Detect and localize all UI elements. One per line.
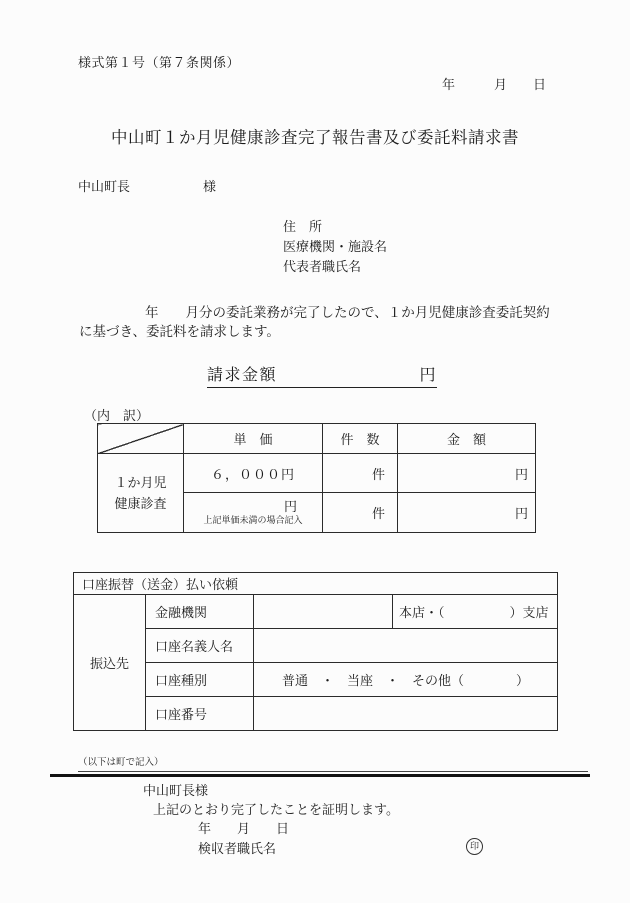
transfer-destination-label: 振込先 bbox=[74, 595, 146, 731]
seal-mark-icon: 印 bbox=[466, 838, 483, 855]
financial-institution-blank bbox=[254, 595, 393, 629]
col-header-amount: 金 額 bbox=[398, 424, 536, 454]
addressee-name: 中山町長 bbox=[78, 179, 130, 194]
branch-cell: 本店・（ ）支店 bbox=[393, 595, 558, 629]
request-statement-line1: 年 月分の委託業務が完了したので、１か月児健康診査委託契約 bbox=[145, 301, 550, 321]
amount-unit-cell: 円 bbox=[398, 493, 536, 533]
document-title: 中山町１か月児健康診査完了報告書及び委託料請求書 bbox=[0, 124, 630, 148]
count-unit-cell: 件 bbox=[323, 454, 398, 493]
sender-representative-label: 代表者職氏名 bbox=[283, 257, 387, 277]
sender-address-label: 住 所 bbox=[283, 217, 387, 237]
unit-price-yen-suffix: 円 bbox=[184, 499, 322, 515]
breakdown-row-1: １か月児 健康診査 ６，０００円 件 円 bbox=[98, 454, 536, 493]
bank-row-account-holder: 口座名義人名 bbox=[74, 629, 558, 663]
breakdown-header-row: 単 価 件 数 金 額 bbox=[98, 424, 536, 454]
account-holder-blank bbox=[254, 629, 558, 663]
bank-row-financial-institution: 振込先 金融機関 本店・（ ）支店 bbox=[74, 595, 558, 629]
sender-institution-label: 医療機関・施設名 bbox=[283, 237, 387, 257]
account-number-blank bbox=[254, 697, 558, 731]
diagonal-cell bbox=[98, 424, 184, 454]
date-line-top: 年 月 日 bbox=[442, 74, 546, 93]
account-type-label: 口座種別 bbox=[146, 663, 254, 697]
breakdown-table: 単 価 件 数 金 額 １か月児 健康診査 ６，０００円 件 円 円 上記単価未… bbox=[97, 423, 536, 533]
breakdown-caption: （内 訳） bbox=[84, 405, 149, 424]
breakdown-row-label: １か月児 健康診査 bbox=[98, 454, 184, 533]
unit-price-note: 上記単価未満の場合記入 bbox=[184, 515, 322, 526]
claim-amount-unit: 円 bbox=[419, 362, 437, 385]
request-statement-line2: に基づき、委託料を請求します。 bbox=[79, 320, 280, 340]
bank-table-title-row: 口座振替（送金）払い依頼 bbox=[74, 573, 558, 595]
addressee-line: 中山町長様 bbox=[78, 176, 216, 195]
claim-amount-label: 請求金額 bbox=[207, 362, 277, 385]
footer-date-line: 年 月 日 bbox=[198, 818, 289, 837]
addressee-honorific: 様 bbox=[203, 176, 216, 195]
account-holder-label: 口座名義人名 bbox=[146, 629, 254, 663]
separator-rule bbox=[50, 774, 590, 777]
bank-row-account-type: 口座種別 普通 ・ 当座 ・ その他（ ） bbox=[74, 663, 558, 697]
sender-block: 住 所 医療機関・施設名 代表者職氏名 bbox=[283, 217, 387, 277]
document-page: 様式第１号（第７条関係） 年 月 日 中山町１か月児健康診査完了報告書及び委託料… bbox=[0, 0, 630, 903]
bank-row-account-number: 口座番号 bbox=[74, 697, 558, 731]
footer-addressee: 中山町長様 bbox=[143, 780, 208, 799]
unit-price-blank-cell: 円 上記単価未満の場合記入 bbox=[184, 493, 323, 533]
financial-institution-label: 金融機関 bbox=[146, 595, 254, 629]
account-number-label: 口座番号 bbox=[146, 697, 254, 731]
unit-price-value: ６，０００円 bbox=[184, 454, 323, 493]
inspector-name-label: 検収者職氏名 bbox=[198, 838, 276, 857]
amount-unit-cell: 円 bbox=[398, 454, 536, 493]
form-number: 様式第１号（第７条関係） bbox=[78, 52, 240, 71]
completion-statement: 上記のとおり完了したことを証明します。 bbox=[153, 799, 399, 818]
col-header-unit-price: 単 価 bbox=[184, 424, 323, 454]
town-use-only-note: （以下は町で記入） bbox=[78, 754, 588, 772]
bank-table-title: 口座振替（送金）払い依頼 bbox=[74, 573, 558, 595]
claim-amount-line: 請求金額 円 bbox=[207, 362, 437, 388]
bank-transfer-table: 口座振替（送金）払い依頼 振込先 金融機関 本店・（ ）支店 口座名義人名 口座… bbox=[73, 572, 558, 731]
count-unit-cell: 件 bbox=[323, 493, 398, 533]
account-type-options: 普通 ・ 当座 ・ その他（ ） bbox=[254, 663, 558, 697]
col-header-count: 件 数 bbox=[323, 424, 398, 454]
